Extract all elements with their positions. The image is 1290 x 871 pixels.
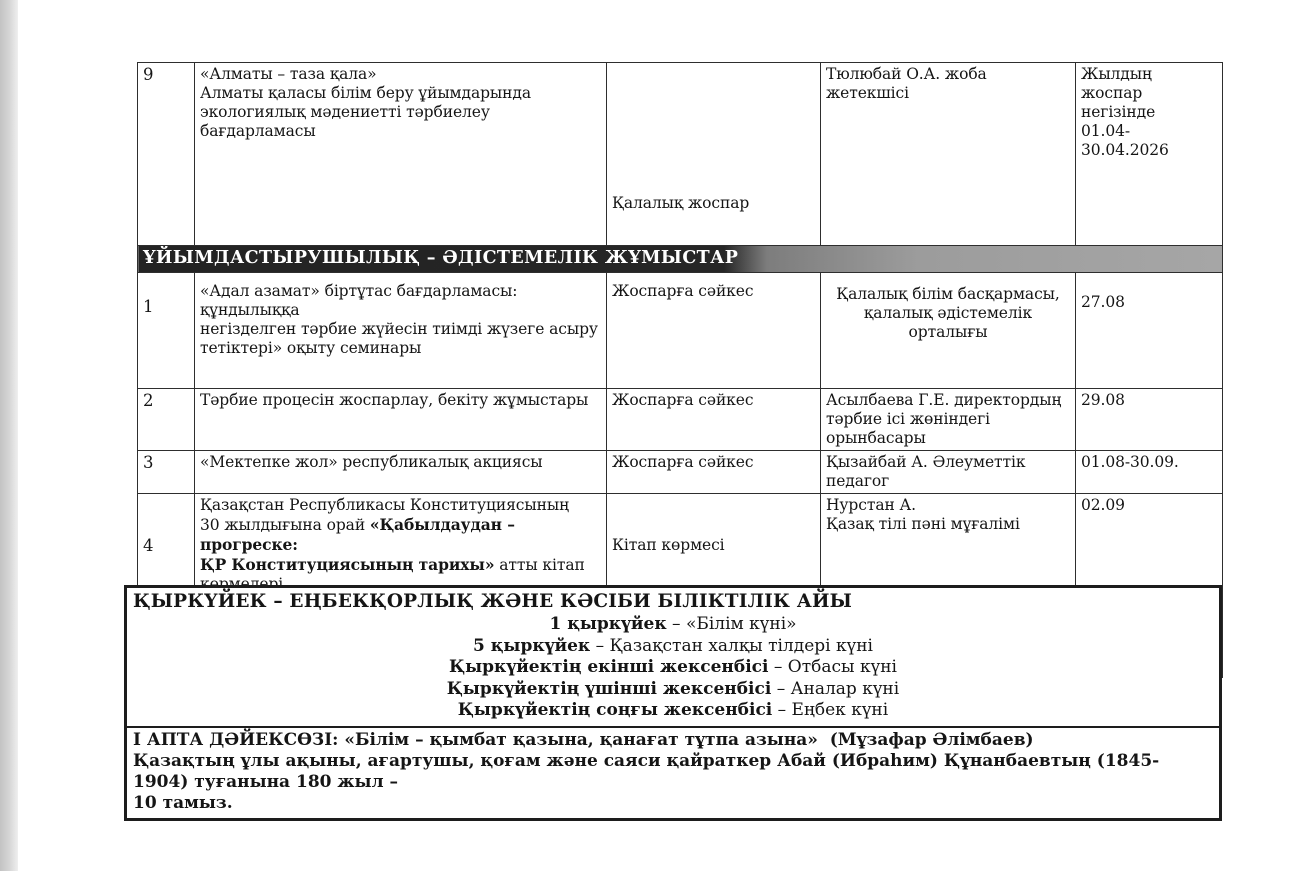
responsible-cell: Асылбаева Г.Е. директордың тәрбие ісі жө…	[821, 389, 1076, 451]
task-cell: «Мектепке жол» республикалық акциясы	[195, 451, 607, 494]
september-day-line: Қыркүйектің екінші жексенбісі – Отбасы к…	[127, 657, 1219, 679]
row-number: 2	[138, 389, 195, 451]
date-cell: 01.08-30.09.	[1076, 451, 1223, 494]
responsible-cell: Тюлюбай О.А. жоба жетекшісі	[821, 63, 1076, 246]
form-cell: Жоспарға сәйкес	[607, 273, 821, 389]
form-cell: Қалалық жоспар	[607, 63, 821, 246]
form-cell: Жоспарға сәйкес	[607, 451, 821, 494]
date-cell: 27.08	[1076, 273, 1223, 389]
row-number: 9	[138, 63, 195, 246]
week-quote-block: І АПТА ДӘЙЕКСӨЗІ: «Білім – қымбат қазына…	[127, 726, 1219, 818]
scan-left-edge	[0, 0, 18, 871]
form-cell: Жоспарға сәйкес	[607, 389, 821, 451]
task-cell: «Алматы – таза қала» Алматы қаласы білім…	[195, 63, 607, 246]
responsible-cell: Нурстан А. Қазақ тілі пәні мұғалімі	[821, 494, 1076, 597]
carryover-body: 9«Алматы – таза қала» Алматы қаласы білі…	[138, 63, 1223, 246]
september-day-line: 1 қыркүйек – «Білім күні»	[127, 614, 1219, 636]
form-cell: Кітап көрмесі	[607, 494, 821, 597]
september-day-line: Қыркүйектің соңғы жексенбісі – Еңбек күн…	[127, 700, 1219, 722]
table-row: 1«Адал азамат» біртұтас бағдарламасы: құ…	[138, 273, 1223, 389]
section-band: ҰЙЫМДАСТЫРУШЫЛЫҚ – ӘДІСТЕМЕЛІК ЖҰМЫСТАР	[138, 246, 1223, 273]
responsible-cell: Қызайбай А. Әлеуметтік педагог	[821, 451, 1076, 494]
scanned-document-page: 9«Алматы – таза қала» Алматы қаласы білі…	[0, 0, 1290, 871]
september-title: ҚЫРКҮЙЕК – ЕҢБЕКҚОРЛЫҚ ЖӘНЕ КӘСІБИ БІЛІК…	[127, 588, 1219, 613]
table-row: 4Қазақстан Республикасы Конституциясының…	[138, 494, 1223, 597]
september-section: ҚЫРКҮЙЕК – ЕҢБЕКҚОРЛЫҚ ЖӘНЕ КӘСІБИ БІЛІК…	[124, 585, 1222, 821]
task-cell: Тәрбие процесін жоспарлау, бекіту жұмыст…	[195, 389, 607, 451]
responsible-cell: Қалалық білім басқармасы, қалалық әдісте…	[821, 273, 1076, 389]
september-day-line: Қыркүйектің үшінші жексенбісі – Аналар к…	[127, 679, 1219, 701]
quote-line-2: Қазақтың ұлы ақыны, ағартушы, қоғам және…	[133, 751, 1211, 814]
date-cell: Жылдың жоспар негізінде 01.04-30.04.2026	[1076, 63, 1223, 246]
row-number: 3	[138, 451, 195, 494]
row-number: 4	[138, 494, 195, 597]
date-cell: 29.08	[1076, 389, 1223, 451]
table-row: 2Тәрбие процесін жоспарлау, бекіту жұмыс…	[138, 389, 1223, 451]
table-row: 9«Алматы – таза қала» Алматы қаласы білі…	[138, 63, 1223, 246]
date-cell: 02.09	[1076, 494, 1223, 597]
row-number: 1	[138, 273, 195, 389]
task-cell: «Адал азамат» біртұтас бағдарламасы: құн…	[195, 273, 607, 389]
section-band-row: ҰЙЫМДАСТЫРУШЫЛЫҚ – ӘДІСТЕМЕЛІК ЖҰМЫСТАР	[138, 246, 1223, 273]
task-cell: Қазақстан Республикасы Конституциясының …	[195, 494, 607, 597]
september-day-line: 5 қыркүйек – Қазақстан халқы тілдері күн…	[127, 636, 1219, 658]
table-row: 3«Мектепке жол» республикалық акциясыЖос…	[138, 451, 1223, 494]
quote-line-1: І АПТА ДӘЙЕКСӨЗІ: «Білім – қымбат қазына…	[133, 730, 1211, 751]
september-days-list: 1 қыркүйек – «Білім күні»5 қыркүйек – Қа…	[127, 613, 1219, 726]
